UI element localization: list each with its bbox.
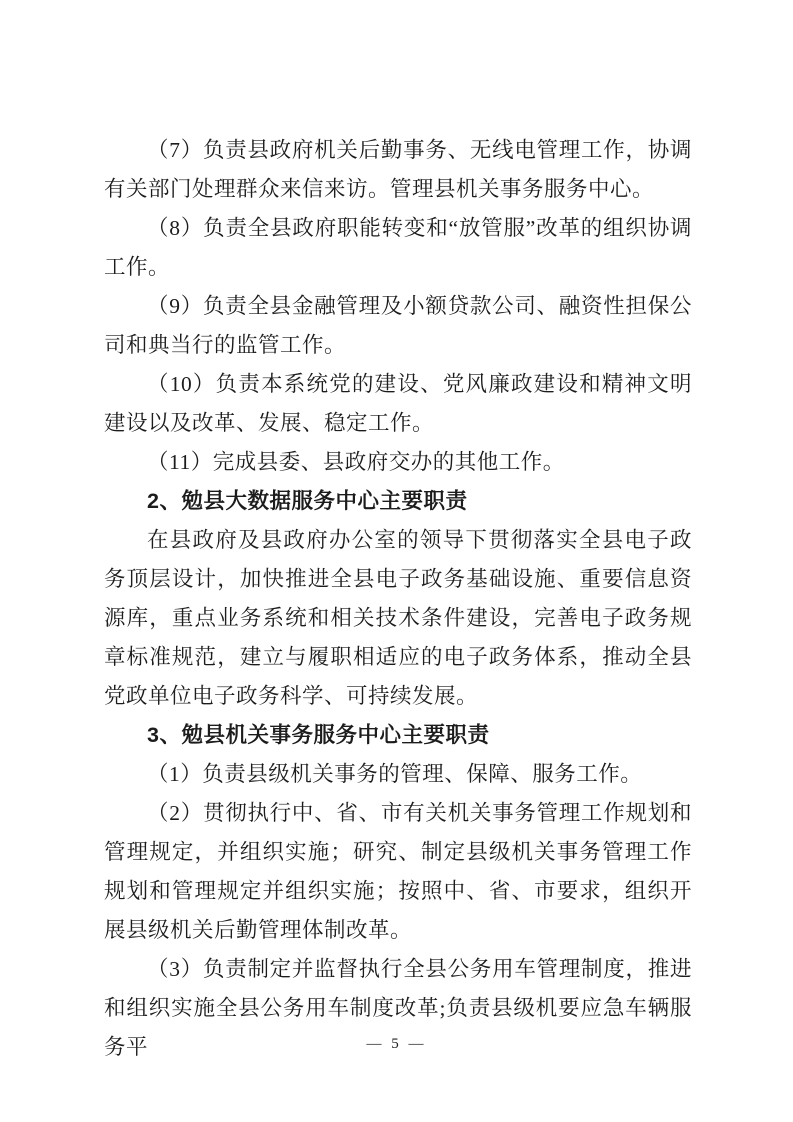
section-heading: 2、勉县大数据服务中心主要职责: [104, 482, 692, 521]
paragraph: （9）负责全县金融管理及小额贷款公司、融资性担保公司和典当行的监管工作。: [104, 287, 692, 365]
paragraph: 在县政府及县政府办公室的领导下贯彻落实全县电子政务顶层设计，加快推进全县电子政务…: [104, 521, 692, 716]
paragraph: （11）完成县委、县政府交办的其他工作。: [104, 443, 692, 482]
document-page: （7）负责县政府机关后勤事务、无线电管理工作，协调有关部门处理群众来信来访。管理…: [0, 0, 793, 1122]
page-number: — 5 —: [0, 1034, 793, 1054]
document-body: （7）负责县政府机关后勤事务、无线电管理工作，协调有关部门处理群众来信来访。管理…: [104, 131, 692, 1067]
paragraph: （2）贯彻执行中、省、市有关机关事务管理工作规划和管理规定，并组织实施；研究、制…: [104, 794, 692, 950]
paragraph: （10）负责本系统党的建设、党风廉政建设和精神文明建设以及改革、发展、稳定工作。: [104, 365, 692, 443]
paragraph: （1）负责县级机关事务的管理、保障、服务工作。: [104, 755, 692, 794]
paragraph: （8）负责全县政府职能转变和“放管服”改革的组织协调工作。: [104, 209, 692, 287]
paragraph: （7）负责县政府机关后勤事务、无线电管理工作，协调有关部门处理群众来信来访。管理…: [104, 131, 692, 209]
section-heading: 3、勉县机关事务服务中心主要职责: [104, 716, 692, 755]
